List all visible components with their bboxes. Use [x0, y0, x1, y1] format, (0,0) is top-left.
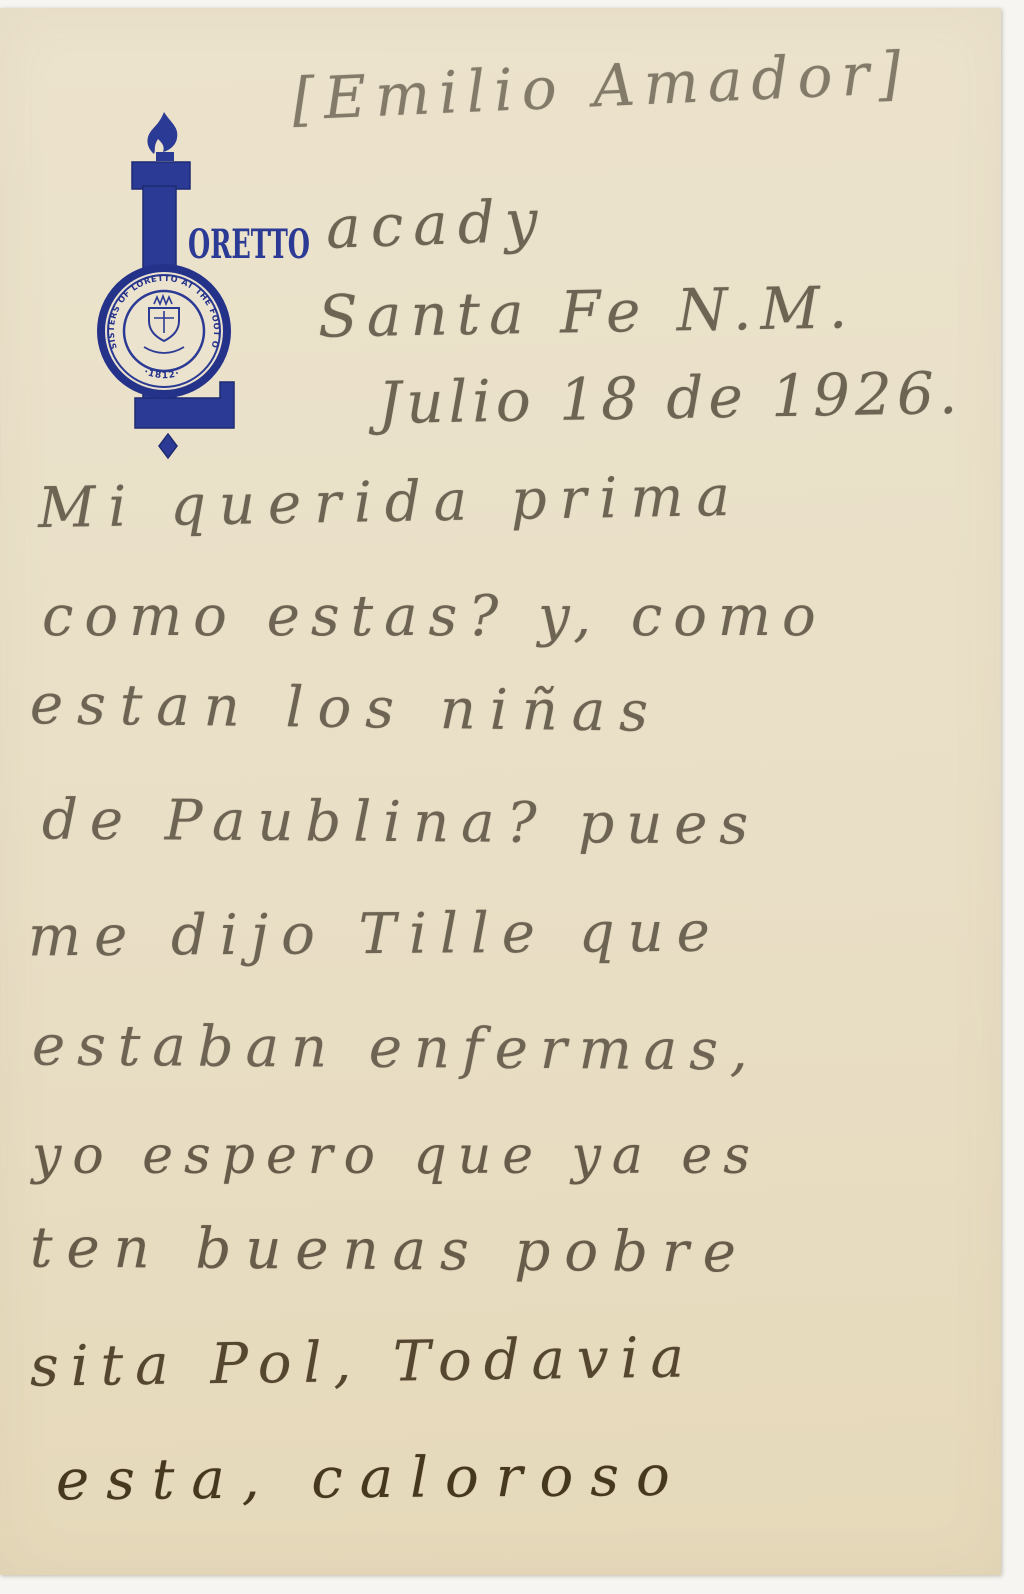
heading-academy-line: acady [325, 186, 549, 262]
loretto-letterhead-logo: ORETTO SISTERS OF LORETTO AT THE FOOT OF… [86, 106, 326, 466]
wordmark-text: ORETTO [188, 221, 310, 268]
letter-line: yo espero que ya es [32, 1126, 761, 1186]
letter-line: ten buenas pobre [30, 1215, 750, 1285]
heading-place-line: Santa Fe N.M. [317, 273, 856, 350]
letter-line: me dijo Tille que [28, 900, 723, 970]
letter-line: Mi querida prima [37, 464, 743, 541]
letter-line: esta, caloroso [56, 1444, 687, 1513]
flame-icon [147, 112, 177, 161]
letter-line: estan los niñas [30, 672, 663, 745]
heading-date-line: Julio 18 de 1926. [377, 359, 962, 437]
letter-line: sita Pol, Todavia [30, 1325, 697, 1399]
archivist-annotation: [Emilio Amador] [291, 39, 911, 134]
letter-line: de Paublina? pues [42, 787, 761, 857]
letter-line: estaban enfermas, [32, 1013, 760, 1083]
letter-paper: ORETTO SISTERS OF LORETTO AT THE FOOT OF… [0, 8, 1001, 1575]
letter-line: como estas? y, como [42, 584, 827, 649]
